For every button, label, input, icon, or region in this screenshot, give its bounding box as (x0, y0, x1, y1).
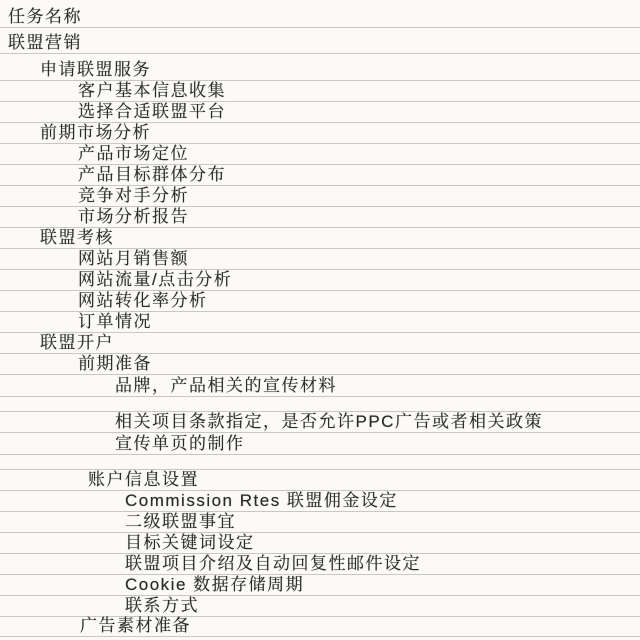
task-label: 市场分析报告 (78, 208, 189, 225)
task-row[interactable]: Commission Rtes 联盟佣金设定 (0, 491, 640, 512)
task-label: 竞争对手分析 (78, 187, 189, 204)
task-row[interactable]: 产品目标群体分布 (0, 165, 640, 186)
task-label: 联盟营销 (8, 34, 82, 51)
task-row[interactable]: 品牌，产品相关的宣传材料 (0, 375, 640, 397)
task-label: 品牌，产品相关的宣传材料 (115, 377, 337, 394)
task-row[interactable]: 账户信息设置 (0, 470, 640, 491)
task-row[interactable]: 前期市场分析 (0, 123, 640, 144)
task-row[interactable]: 联系方式 (0, 596, 640, 617)
task-label: 联系方式 (125, 597, 199, 614)
task-row[interactable]: 网站月销售额 (0, 249, 640, 270)
task-row[interactable]: 产品市场定位 (0, 144, 640, 165)
task-label: 广告素材准备 (80, 617, 191, 634)
spacer-row (0, 397, 640, 412)
spacer-row (0, 455, 640, 470)
task-label: 联盟项目介绍及自动回复性邮件设定 (125, 555, 421, 572)
task-row[interactable]: 客户基本信息收集 (0, 81, 640, 102)
column-header-row[interactable]: 任务名称 (0, 0, 640, 28)
spreadsheet-task-list: 任务名称联盟营销申请联盟服务客户基本信息收集选择合适联盟平台前期市场分析产品市场… (0, 0, 640, 640)
task-row[interactable]: 竞争对手分析 (0, 186, 640, 207)
task-label: 产品目标群体分布 (78, 166, 226, 183)
task-row[interactable]: 目标关键词设定 (0, 533, 640, 554)
task-label: 宣传单页的制作 (115, 435, 245, 452)
task-label: 目标关键词设定 (125, 534, 255, 551)
task-label: 网站月销售额 (78, 250, 189, 267)
task-row[interactable]: 联盟开户 (0, 333, 640, 354)
task-row[interactable]: 广告素材准备 (0, 617, 640, 637)
task-label: 网站流量/点击分析 (78, 271, 232, 288)
task-label: 前期市场分析 (40, 124, 151, 141)
task-label: 申请联盟服务 (40, 61, 151, 78)
task-row[interactable]: 二级联盟事宜 (0, 512, 640, 533)
task-row[interactable]: 申请联盟服务 (0, 54, 640, 81)
task-row[interactable]: 订单情况 (0, 312, 640, 333)
task-label: 账户信息设置 (88, 471, 199, 488)
task-label: Commission Rtes 联盟佣金设定 (125, 492, 398, 509)
task-label: 订单情况 (78, 313, 152, 330)
task-row[interactable]: 网站流量/点击分析 (0, 270, 640, 291)
task-label: 相关项目条款指定，是否允许PPC广告或者相关政策 (115, 413, 543, 430)
task-label: 产品市场定位 (78, 145, 189, 162)
task-row[interactable]: 网站转化率分析 (0, 291, 640, 312)
column-header-label: 任务名称 (8, 8, 82, 25)
task-label: 客户基本信息收集 (78, 82, 226, 99)
task-row[interactable]: 联盟营销 (0, 28, 640, 54)
task-label: Cookie 数据存储周期 (125, 576, 304, 593)
task-label: 选择合适联盟平台 (78, 103, 226, 120)
task-row[interactable]: 相关项目条款指定，是否允许PPC广告或者相关政策 (0, 412, 640, 433)
task-row[interactable]: 联盟考核 (0, 228, 640, 249)
task-row[interactable]: 选择合适联盟平台 (0, 102, 640, 123)
task-label: 前期准备 (78, 355, 152, 372)
task-label: 联盟考核 (40, 229, 114, 246)
task-row[interactable]: Cookie 数据存储周期 (0, 575, 640, 596)
task-row[interactable]: 前期准备 (0, 354, 640, 375)
task-label: 二级联盟事宜 (125, 513, 236, 530)
task-label: 网站转化率分析 (78, 292, 208, 309)
task-row[interactable]: 市场分析报告 (0, 207, 640, 228)
task-row[interactable]: 宣传单页的制作 (0, 433, 640, 455)
task-label: 联盟开户 (40, 334, 114, 351)
task-row[interactable]: 联盟项目介绍及自动回复性邮件设定 (0, 554, 640, 575)
